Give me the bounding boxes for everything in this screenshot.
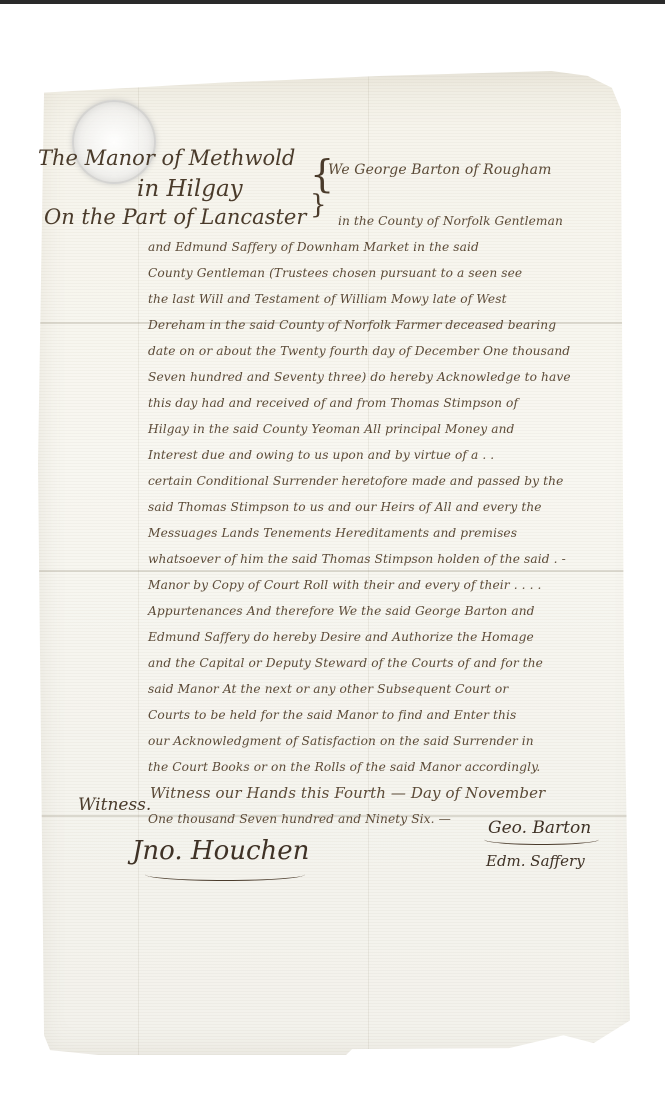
body-line: and the Capital or Deputy Steward of the… [148,656,543,670]
body-line: Interest due and owing to us upon and by… [148,448,494,462]
body-line: the last Will and Testament of William M… [148,292,507,306]
signature-edmund-saffery: Edm. Saffery [486,852,585,870]
witness-label: Witness. [78,795,151,815]
scan-top-edge [0,0,665,4]
body-line: in the County of Norfolk Gentleman [338,214,563,228]
signature-witness: Jno. Houchen [132,836,309,866]
body-line: Messuages Lands Tenements Hereditaments … [148,526,517,540]
body-line-witness-clause: Witness our Hands this Fourth — Day of N… [150,784,545,802]
body-line: Seven hundred and Seventy three) do here… [148,370,571,384]
body-line: Dereham in the said County of Norfolk Fa… [148,318,556,332]
signature-flourish [145,868,305,881]
body-line: Courts to be held for the said Manor to … [148,708,516,722]
embossed-seal [72,100,156,184]
body-line: County Gentleman (Trustees chosen pursua… [148,266,522,280]
body-line: We George Barton of Rougham [328,162,551,178]
fold-line-middle [38,570,642,572]
body-line: Hilgay in the said County Yeoman All pri… [148,422,514,436]
heading-part: On the Part of Lancaster [44,205,306,229]
body-line: certain Conditional Surrender heretofore… [148,474,563,488]
body-line: Manor by Copy of Court Roll with their a… [148,578,542,592]
body-line: said Thomas Stimpson to us and our Heirs… [148,500,542,514]
heading-manor: The Manor of Methwold [38,146,295,170]
body-line: our Acknowledgment of Satisfaction on th… [148,734,534,748]
body-line: said Manor At the next or any other Subs… [148,682,508,696]
body-line: Appurtenances And therefore We the said … [148,604,535,618]
body-line-date: One thousand Seven hundred and Ninety Si… [148,812,451,826]
body-line: this day had and received of and from Th… [148,396,518,410]
heading-place: in Hilgay [137,176,243,202]
body-line: Edmund Saffery do hereby Desire and Auth… [148,630,534,644]
body-line: date on or about the Twenty fourth day o… [148,344,570,358]
brace-glyph-lower: } [310,190,327,220]
signature-flourish [484,834,599,845]
body-line: the Court Books or on the Rolls of the s… [148,760,540,774]
body-line: and Edmund Saffery of Downham Market in … [148,240,479,254]
body-line: whatsoever of him the said Thomas Stimps… [148,552,566,566]
